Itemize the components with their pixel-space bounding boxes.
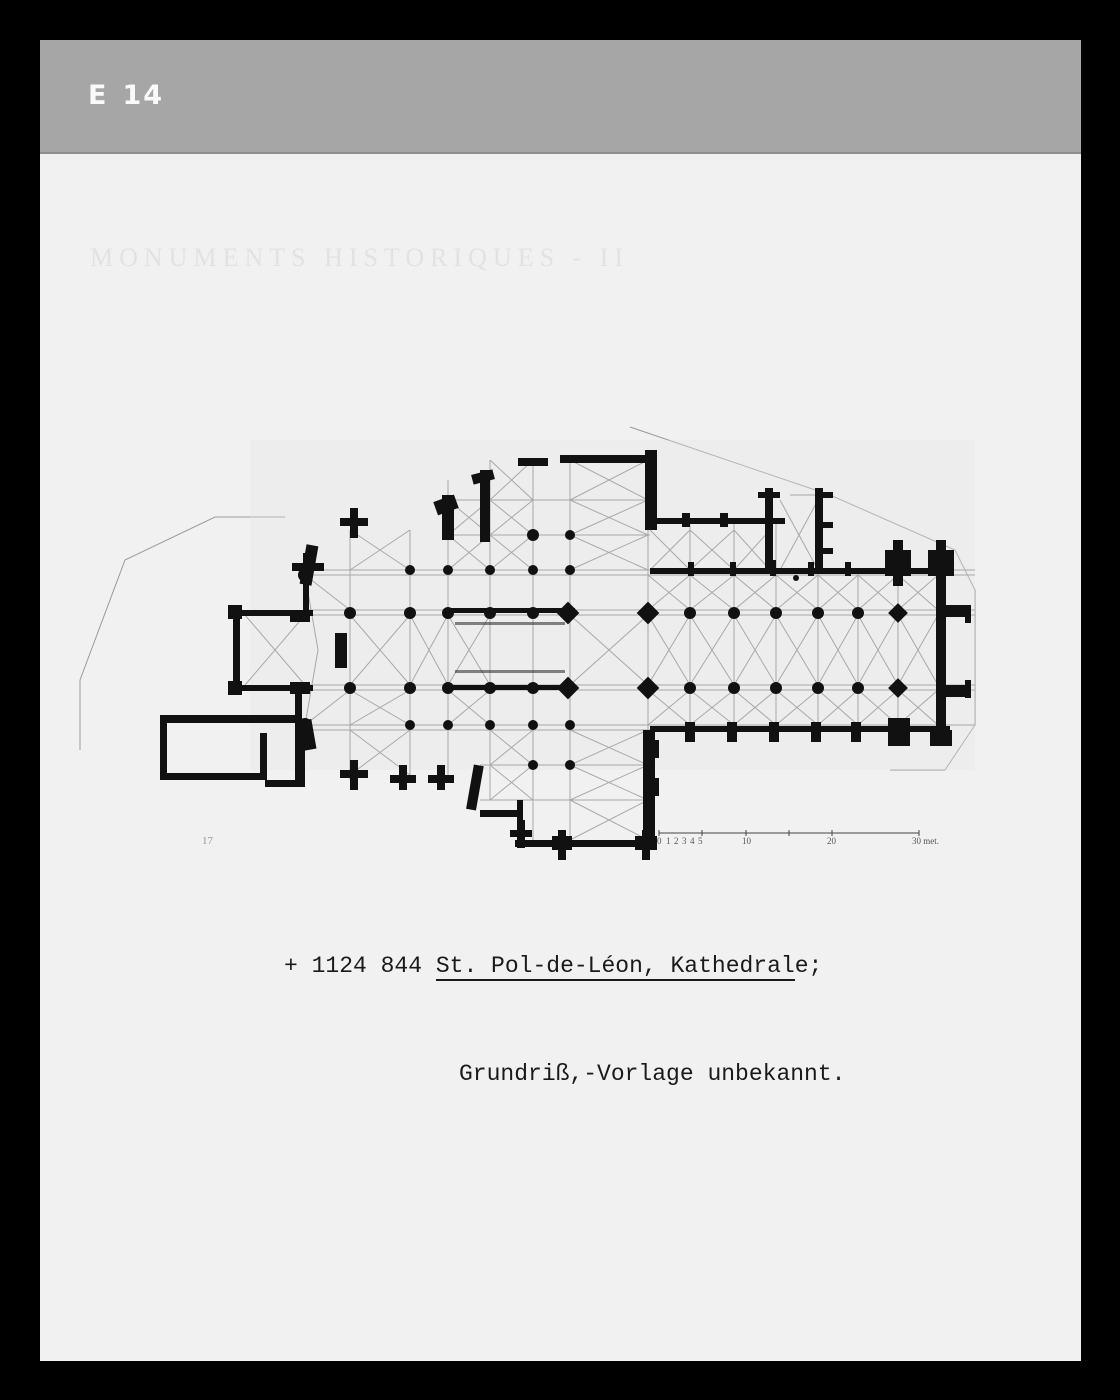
- faded-heading: MONUMENTS HISTORIQUES - II: [90, 243, 629, 273]
- card-code-letter: E: [88, 80, 108, 111]
- caption-line-2: Grundriß,-Vorlage unbekannt.: [284, 1056, 845, 1092]
- scale-label: 10: [742, 836, 751, 846]
- cathedral-floor-plan: [70, 400, 1015, 860]
- caption-title-tail: e;: [795, 953, 823, 979]
- scale-label: 3: [682, 836, 687, 846]
- scale-label: 4: [690, 836, 695, 846]
- caption: + 1124 844 St. Pol-de-Léon, Kathedrale; …: [284, 876, 845, 1164]
- archive-card: E14 MONUMENTS HISTORIQUES - II: [40, 40, 1081, 1361]
- inventory-number: + 1124 844: [284, 953, 422, 979]
- scale-label: 1: [666, 836, 671, 846]
- scale-label: 5: [698, 836, 703, 846]
- scale-label: 0: [657, 836, 662, 846]
- card-code: E14: [88, 80, 164, 111]
- caption-line-1: + 1124 844 St. Pol-de-Léon, Kathedrale;: [284, 948, 845, 984]
- card-code-number: 14: [122, 80, 164, 111]
- scale-label: 20: [827, 836, 836, 846]
- margin-mark: 17: [202, 835, 213, 847]
- card-header-band: E14: [40, 40, 1081, 154]
- caption-title: St. Pol-de-Léon, Kathedral: [436, 953, 795, 981]
- scale-label: 2: [674, 836, 679, 846]
- scale-label: 30 met.: [912, 836, 939, 846]
- scale-bar: 0 1 2 3 4 5 10 20 30 met.: [657, 828, 957, 852]
